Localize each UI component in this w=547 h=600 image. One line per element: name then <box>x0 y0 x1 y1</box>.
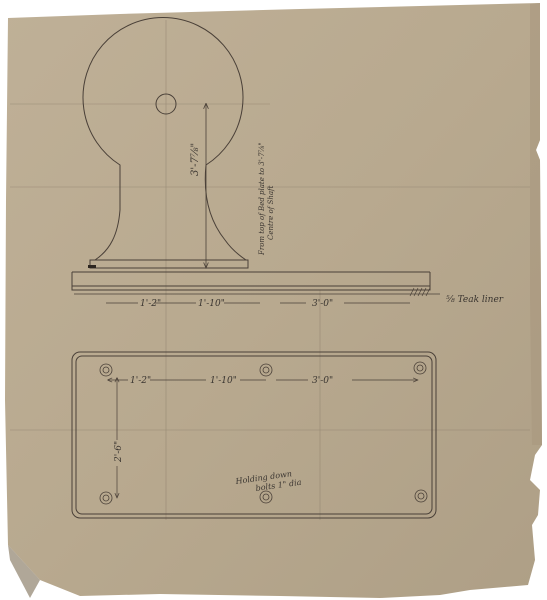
elevation-dim-2: 1'-10" <box>198 299 225 309</box>
paper-edge-shadow <box>530 3 542 445</box>
plan-dim-2: 1'-10" <box>210 376 237 386</box>
elevation-dim-3: 3'-0" <box>312 299 333 309</box>
technical-drawing-sheet: 3'-7⅞" From top of Bed plate to 3'-7⅞" C… <box>0 0 547 600</box>
plan-dim-side: 2'-6" <box>114 441 124 463</box>
plan-dim-3: 3'-0" <box>312 376 333 386</box>
elevation-dim-1: 1'-2" <box>140 299 161 309</box>
shaft-height-label: 3'-7⅞" <box>190 143 201 176</box>
teak-liner-label: ⅝ Teak liner <box>446 295 504 305</box>
shaft-note-line1: From top of Bed plate to 3'-7⅞" <box>258 142 266 256</box>
shaft-note-line2: Centre of Shaft <box>267 185 275 240</box>
plan-dim-1: 1'-2" <box>130 376 151 386</box>
